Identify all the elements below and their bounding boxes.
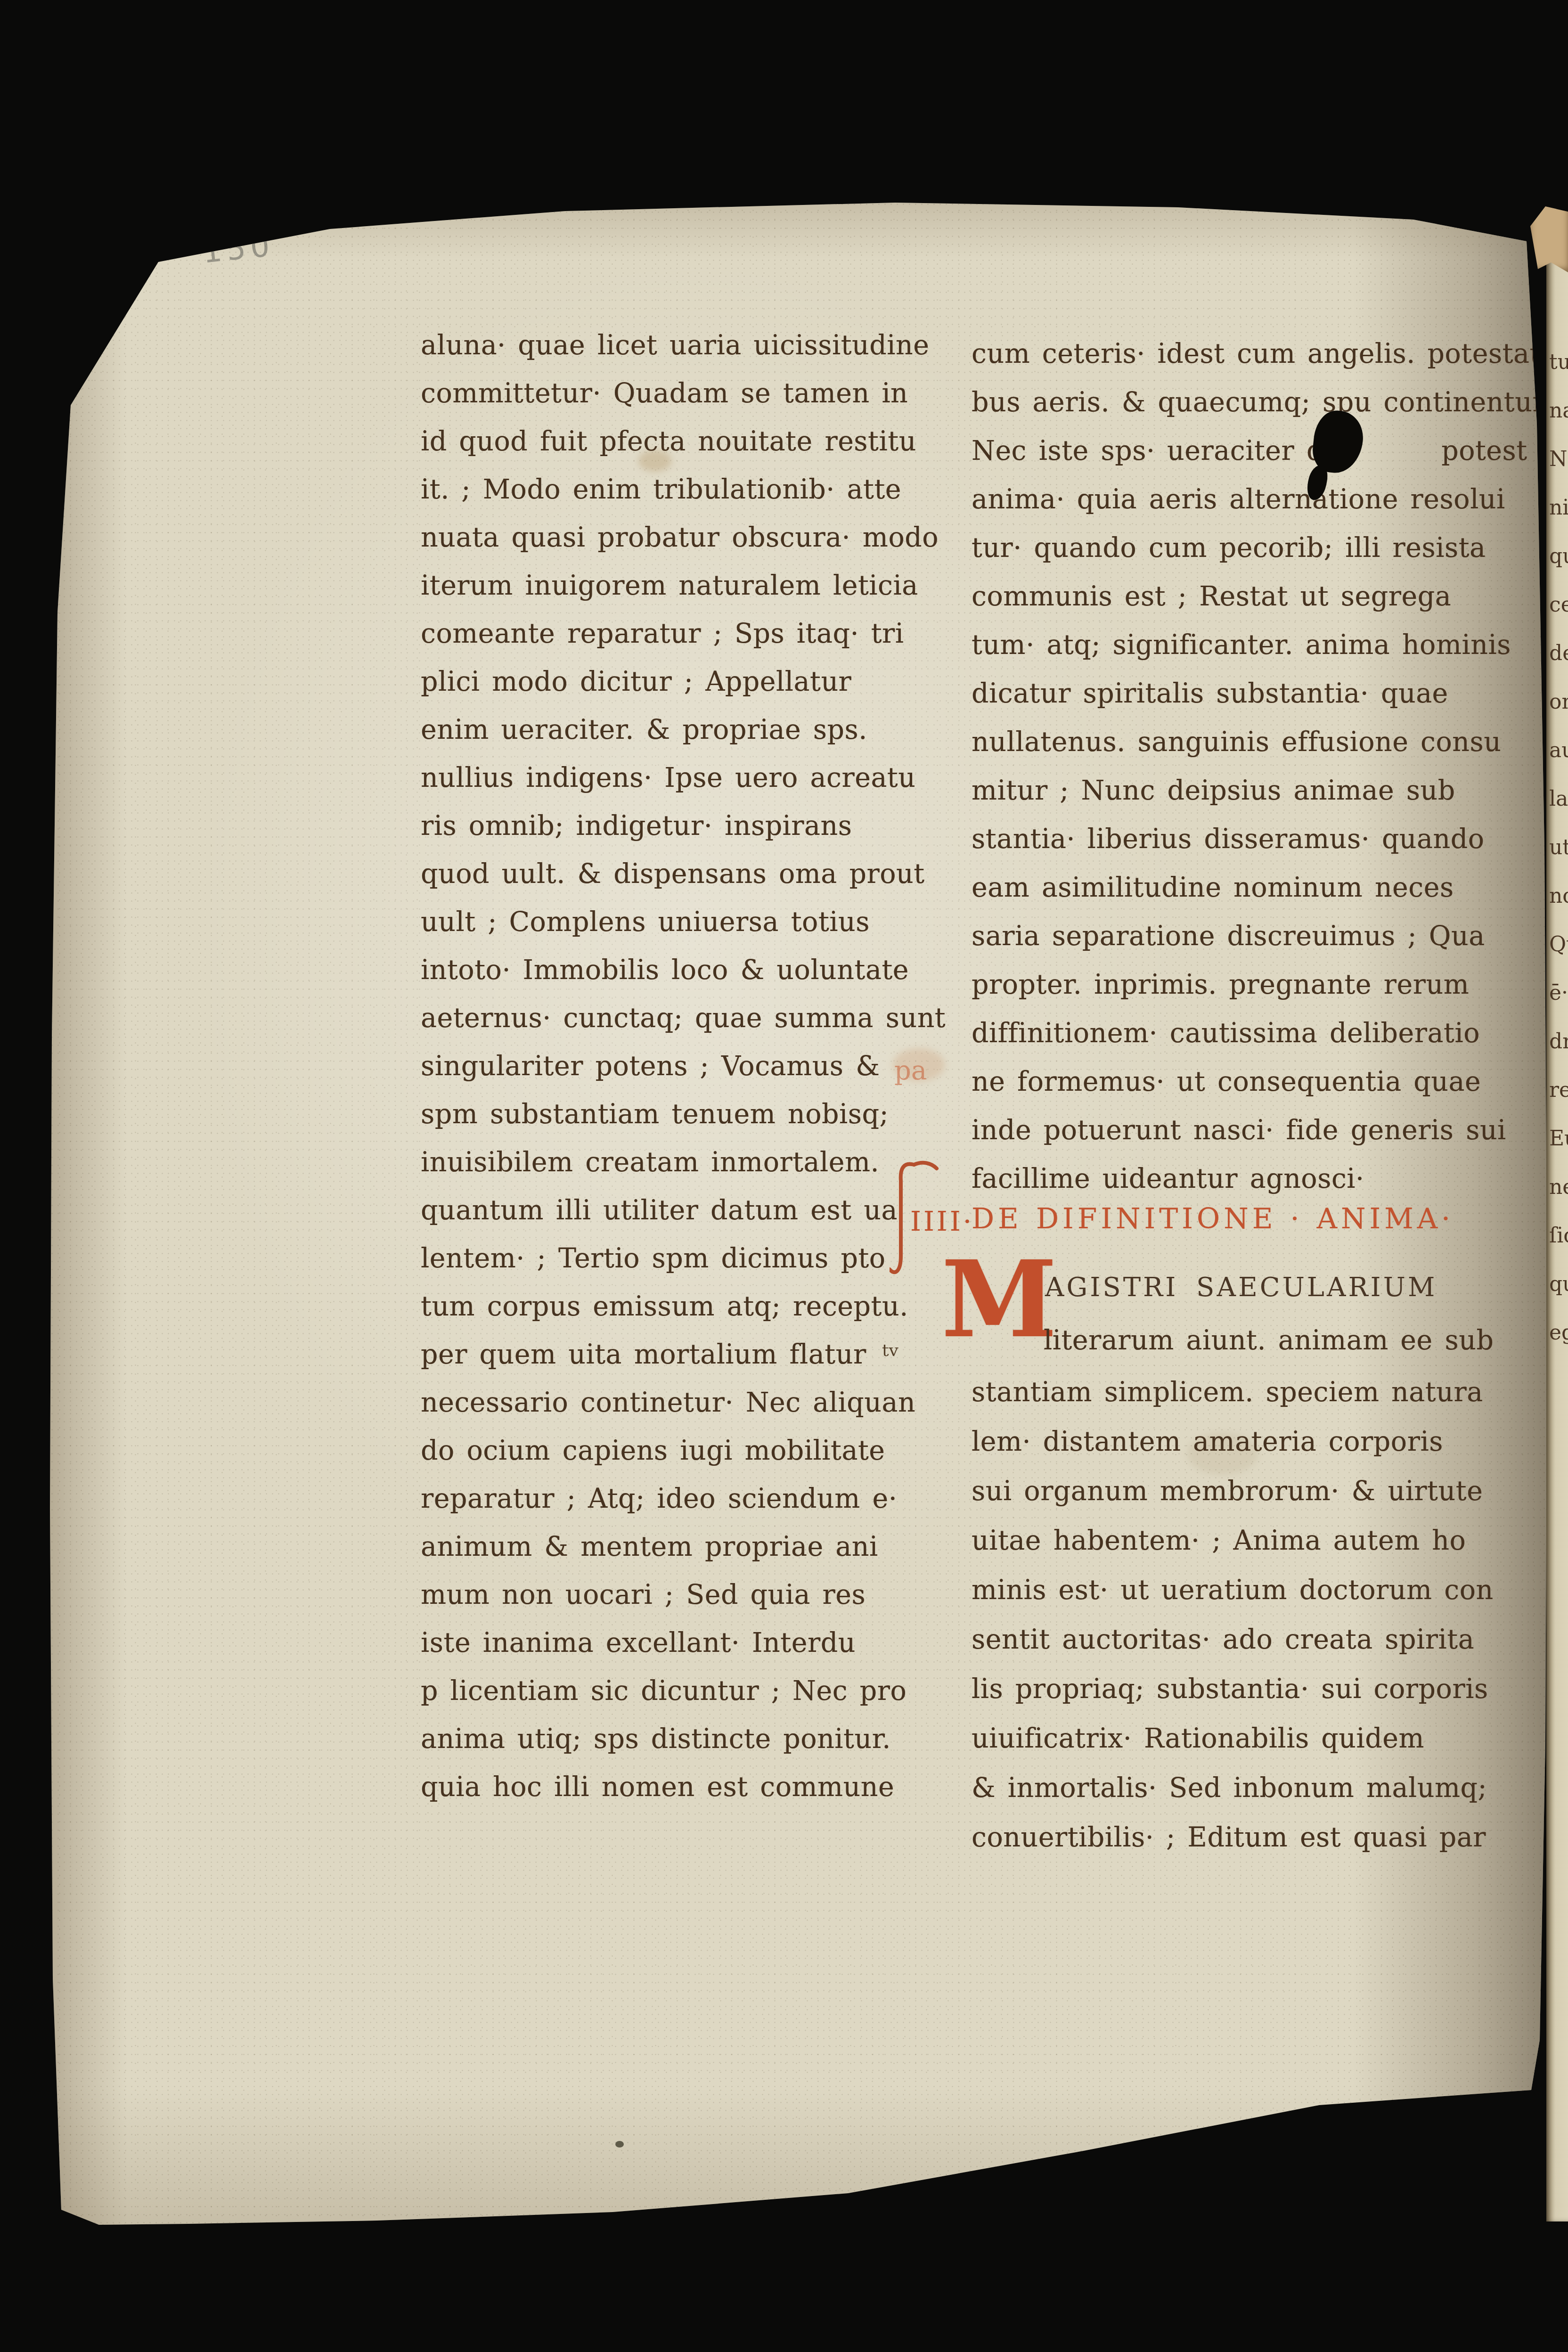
chapter-heading-rubric: DE DIFINITIONE · ANIMA· [972,1202,1454,1235]
text-line: inuisibilem creatam inmortalem. [421,1147,967,1195]
next-page-edge: tunaNniqucedeomaulautnoQuē·dnrefEuneſicu… [1546,214,1568,2221]
text-line: sui organum membrorum· & uirtute [972,1476,1518,1525]
text-line: sentit auctoritas· ado creata spirita [972,1624,1518,1674]
edge-text-fragment: tu [1546,350,1568,399]
text-line: mitur ; Nunc deipsius animae sub [972,775,1518,824]
text-line: diffinitionem· cautissima deliberatio [972,1018,1518,1066]
text-line: ris omnib; indigetur· inspirans [421,810,967,858]
text-line: stantiam simplicem. speciem natura [972,1377,1518,1426]
edge-text-fragment: ref [1546,1078,1568,1127]
bottom-edge-shadow [0,2087,1568,2229]
edge-text-fragment: la [1546,787,1568,835]
edge-text-fragment: no [1546,884,1568,932]
text-line: tur· quando cum pecorib; illi resista [972,532,1518,581]
edge-text-fragment: na [1546,399,1568,447]
text-line: ne formemus· ut consequentia quae [972,1066,1518,1115]
edge-text-fragment: ut [1546,835,1568,884]
text-line: it. ; Modo enim tribulationib· atte [421,474,967,522]
text-line: lis propriaq; substantia· sui corporis [972,1674,1518,1723]
headband-fragment [1530,206,1568,272]
edge-text-fragment: N [1546,447,1568,496]
incipit-capitals: AGISTRI SAECULARIUM [1045,1272,1437,1303]
text-line: iste inanima excellant· Interdu [421,1627,967,1675]
edge-text-fragment: ne [1546,1175,1568,1224]
text-line: intoto· Immobilis loco & uoluntate [421,955,967,1003]
text-line: anima utiq; sps distincte ponitur. [421,1723,967,1772]
right-text-column-lower: stantiam simplicem. speciem naturalem· d… [972,1377,1518,1871]
text-line: p licentiam sic dicuntur ; Nec pro [421,1675,967,1723]
edge-text-fragment: eg [1546,1321,1568,1369]
text-line: committetur· Quadam se tamen in [421,378,967,426]
text-line: nuata quasi probatur obscura· modo [421,522,967,570]
text-line: uult ; Complens uniuersa totius [421,906,967,955]
text-line: plici modo dicitur ; Appellatur [421,666,967,714]
text-line: uitae habentem· ; Anima autem ho [972,1525,1518,1575]
text-line: saria separatione discreuimus ; Qua [972,921,1518,969]
text-line: do ocium capiens iugi mobilitate [421,1435,967,1483]
left-text-column: aluna· quae licet uaria uicissitudinecom… [421,330,967,1820]
photo-background: 150 aluna· quae licet uaria uicissitudin… [0,0,1568,2352]
right-text-column-upper: cum ceteris· idest cum angelis. potestat… [972,338,1518,1212]
chapter-number: IIII· [910,1205,974,1237]
edge-text-fragment: ni [1546,496,1568,544]
text-line: communis est ; Restat ut segrega [972,581,1518,629]
text-line: minis est· ut ueratium doctorum con [972,1575,1518,1624]
text-line: comeante reparatur ; Sps itaq· tri [421,618,967,666]
text-line: conuertibilis· ; Editum est quasi par [972,1822,1518,1871]
pencil-folio-number: 150 [201,228,276,270]
edge-text-fragment: om [1546,690,1568,738]
edge-text-fragment: Qu [1546,932,1568,981]
text-line: aeternus· cunctaq; quae summa sunt [421,1003,967,1051]
text-line: tum corpus emissum atq; receptu. [421,1291,967,1339]
left-edge-shadow [47,0,127,2352]
text-line: stantia· liberius disseramus· quando [972,824,1518,872]
text-line: iterum inuigorem naturalem leticia [421,570,967,618]
edge-text-fragment: ce [1546,593,1568,641]
text-line: spm substantiam tenuem nobisq; [421,1099,967,1147]
text-line: aluna· quae licet uaria uicissitudine [421,330,967,378]
text-line: reparatur ; Atq; ideo sciendum e· [421,1483,967,1531]
edge-text-fragment: dn [1546,1029,1568,1078]
text-line: anima· quia aeris alternatione resolui [972,484,1518,532]
text-line: dicatur spiritalis substantia· quae [972,678,1518,727]
text-line: quia hoc illi nomen est commune [421,1772,967,1820]
edge-text-fragment: qu [1546,544,1568,593]
edge-text-fragment: Eu [1546,1127,1568,1175]
text-line: literarum aiunt. animam ee sub [1044,1325,1494,1356]
edge-text-fragment: de [1546,641,1568,690]
text-line: inde potuerunt nasci· fide generis sui [972,1115,1518,1163]
text-line: Nec iste sps· ueraciter dici potest [972,435,1518,484]
text-line: lentem· ; Tertio spm dicimus pto [421,1243,967,1291]
text-line: cum ceteris· idest cum angelis. potestat… [972,338,1518,387]
text-line: lem· distantem amateria corporis [972,1426,1518,1476]
text-line: mum non uocari ; Sed quia res [421,1579,967,1627]
text-line: quod uult. & dispensans oma prout [421,858,967,906]
text-line: eam asimilitudine nominum neces [972,872,1518,921]
manuscript-page: 150 aluna· quae licet uaria uicissitudin… [0,0,1568,2352]
text-line: necessario continetur· Nec aliquan [421,1387,967,1435]
edge-text-fragment: ſicu [1546,1224,1568,1272]
text-line: uiuificatrix· Rationabilis quidem [972,1723,1518,1772]
text-line: enim ueraciter. & propriae sps. [421,714,967,762]
edge-text-fragment: qu [1546,1272,1568,1321]
text-line: animum & mentem propriae ani [421,1531,967,1579]
ink-speck [615,2141,624,2148]
text-line: nullatenus. sanguinis effusione consu [972,727,1518,775]
edge-text-fragment: au [1546,738,1568,787]
text-line: bus aeris. & quaecumq; spu continentur. [972,387,1518,435]
text-line: tum· atq; significanter. anima hominis [972,629,1518,678]
text-line: & inmortalis· Sed inbonum malumq; [972,1772,1518,1822]
faded-rubric-letters: pa [894,1055,927,1086]
interlinear-correction: tv [882,1341,898,1360]
edge-text-fragment: ē· [1546,981,1568,1029]
text-line: quantum illi utiliter datum est ua [421,1195,967,1243]
text-line: id quod fuit pfecta nouitate restitu [421,426,967,474]
text-line: propter. inprimis. pregnante rerum [972,969,1518,1018]
decorated-initial-M: M [941,1248,1057,1352]
text-line: singulariter potens ; Vocamus & [421,1051,967,1099]
text-line: nullius indigens· Ipse uero acreatu [421,762,967,810]
